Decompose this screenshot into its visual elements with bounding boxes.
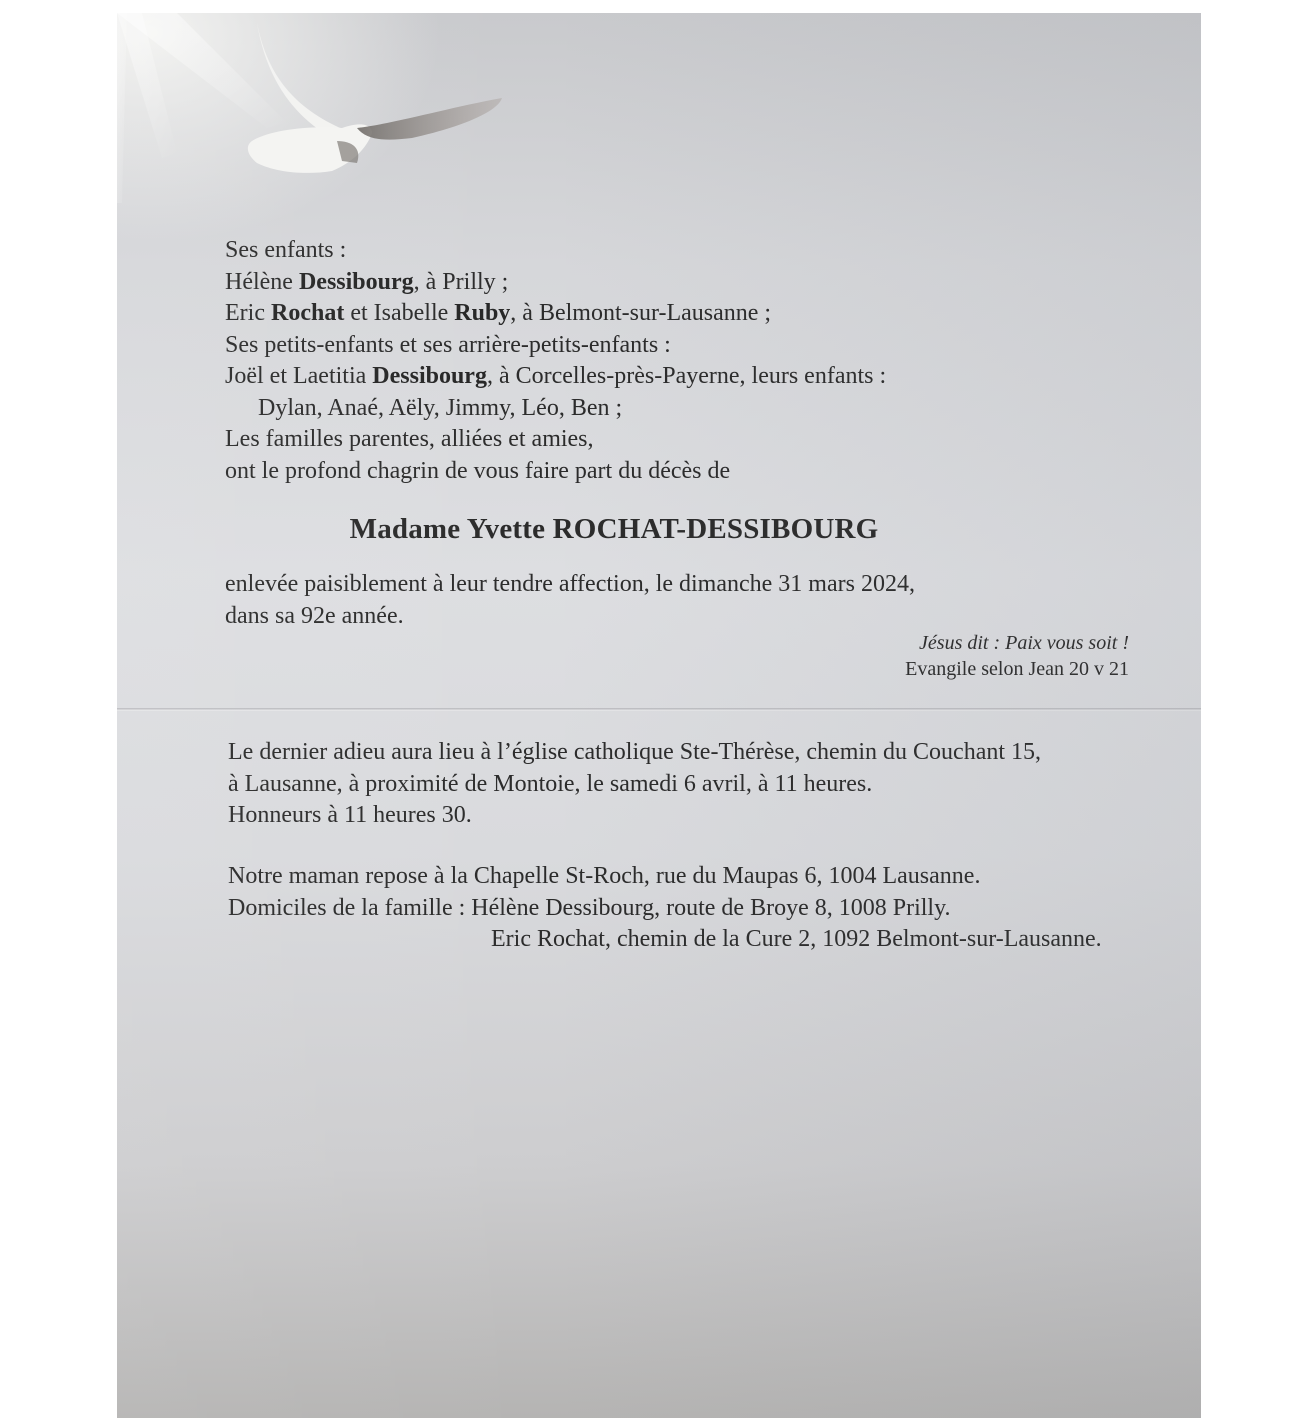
great-grandchildren-line: Dylan, Anaé, Aëly, Jimmy, Léo, Ben ;	[225, 393, 886, 425]
domicile-line: Eric Rochat, chemin de la Cure 2, 1092 B…	[228, 924, 1102, 956]
announce-line: ont le profond chagrin de vous faire par…	[225, 456, 886, 488]
ceremony-line: Le dernier adieu aura lieu à l’église ca…	[228, 737, 1041, 769]
grandchildren-heading: Ses petits-enfants et ses arrière-petits…	[225, 330, 886, 362]
rest-place-line: Notre maman repose à la Chapelle St-Roch…	[228, 861, 1102, 893]
obituary-card: Ses enfants : Hélène Dessibourg, à Prill…	[117, 13, 1201, 1418]
paper-fold	[117, 708, 1201, 711]
quote-reference: Evangile selon Jean 20 v 21	[905, 656, 1129, 682]
grandchild-line: Joël et Laetitia Dessibourg, à Corcelles…	[225, 361, 886, 393]
child-line: Eric Rochat et Isabelle Ruby, à Belmont-…	[225, 298, 886, 330]
age-line: dans sa 92e année.	[225, 601, 915, 633]
dove-icon	[117, 13, 537, 213]
deceased-name: Madame Yvette ROCHAT-DESSIBOURG	[117, 513, 1201, 546]
death-section: enlevée paisiblement à leur tendre affec…	[225, 569, 915, 632]
quote-text: Jésus dit : Paix vous soit !	[905, 630, 1129, 656]
child-line: Hélène Dessibourg, à Prilly ;	[225, 267, 886, 299]
domicile-line: Domiciles de la famille : Hélène Dessibo…	[228, 893, 1102, 925]
death-line: enlevée paisiblement à leur tendre affec…	[225, 569, 915, 601]
honours-line: Honneurs à 11 heures 30.	[228, 800, 1041, 832]
bible-quote: Jésus dit : Paix vous soit ! Evangile se…	[905, 630, 1129, 682]
children-heading: Ses enfants :	[225, 235, 886, 267]
ceremony-line: à Lausanne, à proximité de Montoie, le s…	[228, 769, 1041, 801]
families-line: Les familles parentes, alliées et amies,	[225, 424, 886, 456]
ceremony-section: Le dernier adieu aura lieu à l’église ca…	[228, 737, 1041, 832]
practical-section: Notre maman repose à la Chapelle St-Roch…	[228, 861, 1102, 956]
family-section: Ses enfants : Hélène Dessibourg, à Prill…	[225, 235, 886, 487]
